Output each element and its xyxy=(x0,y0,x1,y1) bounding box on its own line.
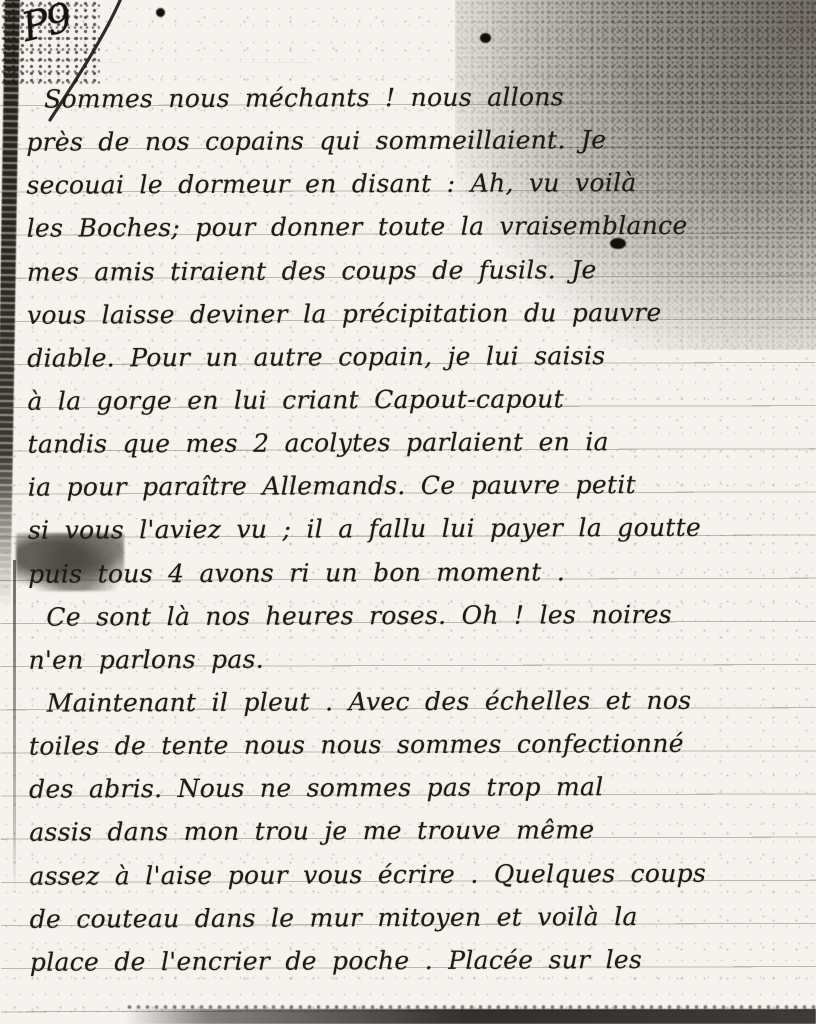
manuscript-line: si vous l'aviez vu ; il a fallu lui paye… xyxy=(28,506,806,553)
scan-edge-bottom xyxy=(125,1009,816,1024)
manuscript-line: vous laisse deviner la précipitation du … xyxy=(27,290,805,337)
binding-edge-left xyxy=(0,0,20,609)
manuscript-line: place de l'encrier de poche . Placée sur… xyxy=(30,937,808,984)
ink-dot xyxy=(156,8,165,17)
manuscript-line: les Boches; pour donner toute la vraisem… xyxy=(27,204,805,251)
manuscript-line: assis dans mon trou je me trouve même xyxy=(29,808,807,855)
manuscript-line: n'en parlons pas. xyxy=(28,635,806,682)
binding-edge-left-thin xyxy=(13,560,16,890)
manuscript-line: près de nos copains qui sommeillaient. J… xyxy=(26,117,804,164)
manuscript-line: tandis que mes 2 acolytes parlaient en i… xyxy=(28,419,806,466)
manuscript-line: mes amis tiraient des coups de fusils. J… xyxy=(27,247,805,294)
manuscript-line: diable. Pour un autre copain, je lui sai… xyxy=(27,333,805,380)
manuscript-line: de couteau dans le mur mitoyen et voilà … xyxy=(30,894,808,941)
manuscript-line: toiles de tente nous nous sommes confect… xyxy=(29,721,807,768)
manuscript-line: Ce sont là nos heures roses. Oh ! les no… xyxy=(28,592,806,639)
manuscript-line: puis tous 4 avons ri un bon moment . xyxy=(28,549,806,596)
manuscript-line: des abris. Nous ne sommes pas trop mal xyxy=(29,765,807,812)
ink-dot xyxy=(480,33,491,43)
manuscript-page: P9 Sommes nous méchants ! nous allons pr… xyxy=(0,0,816,1024)
manuscript-line: ia pour paraître Allemands. Ce pauvre pe… xyxy=(28,463,806,510)
manuscript-line: secouai le dormeur en disant : Ah, vu vo… xyxy=(26,161,804,208)
handwritten-text-block: Sommes nous méchants ! nous allons près … xyxy=(26,74,808,983)
manuscript-line: assez à l'aise pour vous écrire . Quelqu… xyxy=(29,851,807,898)
manuscript-line: à la gorge en lui criant Capout-capout xyxy=(27,376,805,423)
manuscript-line: Sommes nous méchants ! nous allons xyxy=(26,74,804,121)
manuscript-line: Maintenant il pleut . Avec des échelles … xyxy=(29,678,807,725)
